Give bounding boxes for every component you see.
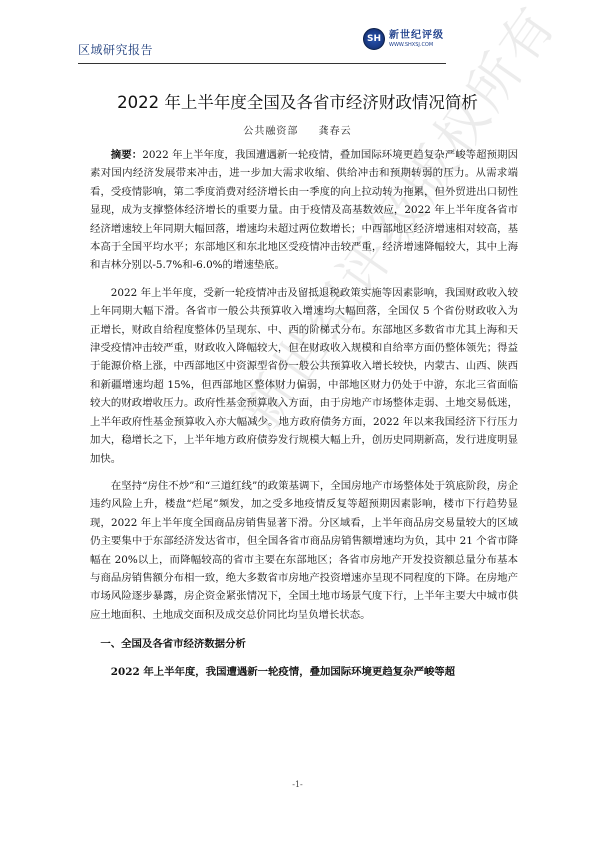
company-logo-badge-icon: SH	[363, 28, 385, 50]
body-paragraph-real-estate: 在坚持“房住不炒”和“三道红线”的政策基调下，全国房地产市场整体处于筑底阶段，房…	[90, 477, 518, 624]
document-body: 摘要：2022 年上半年度，我国遭遇新一轮疫情，叠加国际环境更趋复杂严峻等超预期…	[90, 146, 518, 691]
abstract-paragraph: 摘要：2022 年上半年度，我国遭遇新一轮疫情，叠加国际环境更趋复杂严峻等超预期…	[90, 146, 518, 275]
company-name: 新世纪评级	[389, 31, 444, 41]
page-number: -1-	[0, 780, 595, 789]
author-line: 公共融资部 龚春云	[0, 122, 595, 137]
report-category-label: 区域研究报告	[78, 41, 153, 58]
abstract-text: 2022 年上半年度，我国遭遇新一轮疫情，叠加国际环境更趋复杂严峻等超预期因素对…	[90, 149, 518, 271]
department: 公共融资部	[243, 126, 298, 137]
abstract-label: 摘要：	[111, 149, 142, 161]
body-paragraph-fiscal: 2022 年上半年度，受新一轮疫情冲击及留抵退税政策实施等因素影响，我国财政收入…	[90, 284, 518, 468]
company-website: WWW.SHXSJ.COM	[389, 43, 444, 48]
section-lead-paragraph: 2022 年上半年度，我国遭遇新一轮疫情，叠加国际环境更趋复杂严峻等超	[90, 663, 518, 681]
company-logo: SH 新世纪评级 WWW.SHXSJ.COM	[363, 28, 444, 50]
section-heading: 一、全国及各省市经济数据分析	[90, 635, 518, 653]
document-title: 2022 年上半年度全国及各省市经济财政情况简析	[0, 89, 595, 113]
header-divider	[78, 63, 446, 64]
page-header: 区域研究报告 SH 新世纪评级 WWW.SHXSJ.COM	[78, 28, 446, 64]
author-name: 龚春云	[319, 126, 352, 137]
